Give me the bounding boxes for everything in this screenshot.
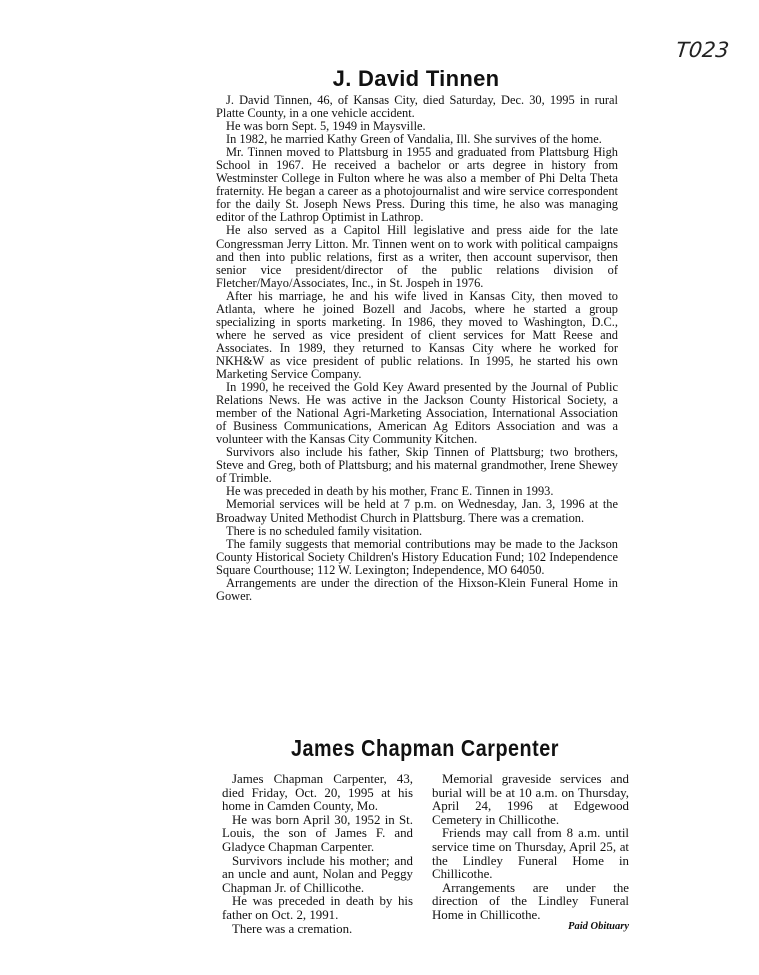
- paragraph: After his marriage, he and his wife live…: [216, 290, 618, 381]
- paragraph: Arrangements are under the direction of …: [432, 882, 629, 923]
- paragraph: In 1990, he received the Gold Key Award …: [216, 381, 618, 446]
- paragraph: He also served as a Capitol Hill legisla…: [216, 224, 618, 289]
- paragraph: J. David Tinnen, 46, of Kansas City, die…: [216, 94, 618, 120]
- paragraph: Friends may call from 8 a.m. until servi…: [432, 827, 629, 881]
- paragraph: He was born April 30, 1952 in St. Louis,…: [222, 814, 413, 855]
- obituary-title-tinnen: J. David Tinnen: [215, 66, 617, 92]
- obituary-body-carpenter-left-column: James Chapman Carpenter, 43, died Friday…: [222, 773, 413, 936]
- paragraph: There was a cremation.: [222, 923, 413, 937]
- obituary-title-carpenter: James Chapman Carpenter: [250, 735, 599, 762]
- paragraph: Memorial services will be held at 7 p.m.…: [216, 498, 618, 524]
- paragraph: James Chapman Carpenter, 43, died Friday…: [222, 773, 413, 814]
- handwritten-page-id: T023: [675, 38, 730, 62]
- paragraph: Arrangements are under the direction of …: [216, 577, 618, 603]
- obituary-body-carpenter-right-column: Memorial graveside services and burial w…: [432, 773, 629, 923]
- paragraph: He was preceded in death by his father o…: [222, 895, 413, 922]
- paragraph: Survivors also include his father, Skip …: [216, 446, 618, 485]
- obituary-body-tinnen: J. David Tinnen, 46, of Kansas City, die…: [216, 94, 618, 603]
- paragraph: The family suggests that memorial contri…: [216, 538, 618, 577]
- paid-obituary-label: Paid Obituary: [432, 921, 629, 932]
- paragraph: Mr. Tinnen moved to Plattsburg in 1955 a…: [216, 146, 618, 224]
- paragraph: Survivors include his mother; and an unc…: [222, 855, 413, 896]
- paragraph: There is no scheduled family visitation.: [216, 525, 618, 538]
- paragraph: Memorial graveside services and burial w…: [432, 773, 629, 827]
